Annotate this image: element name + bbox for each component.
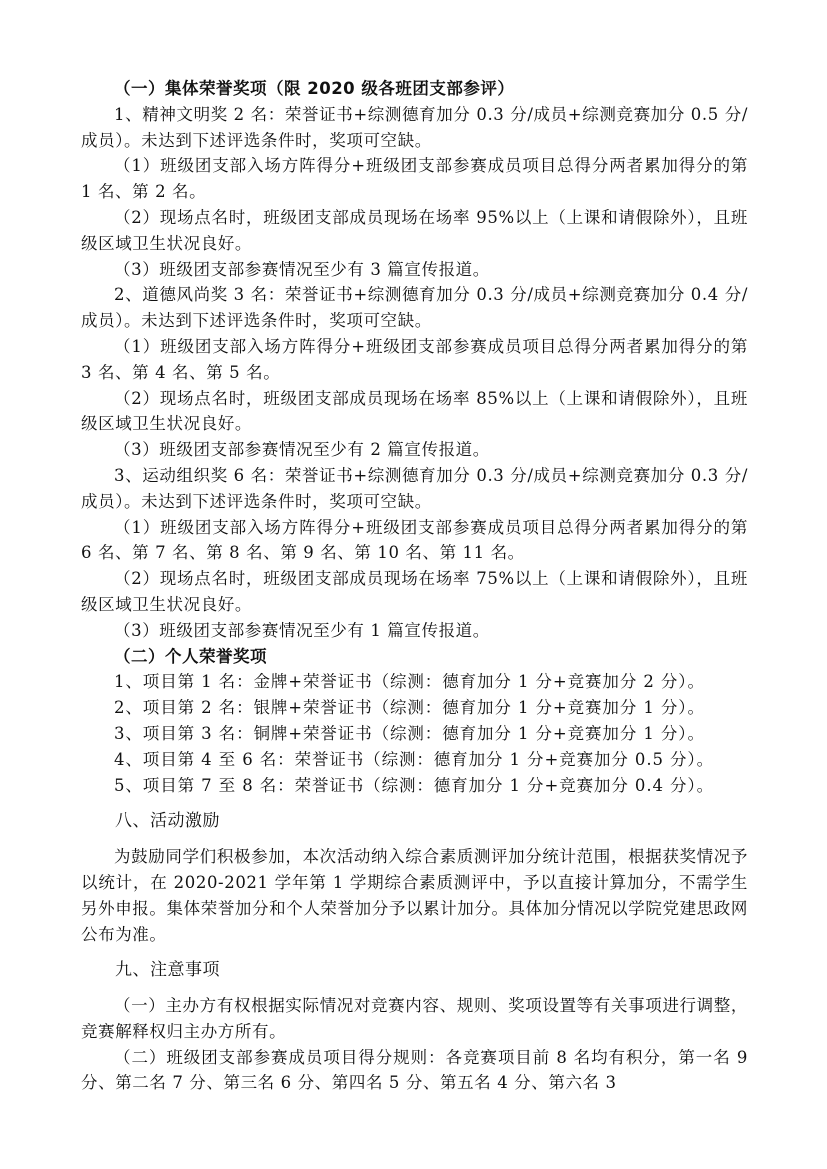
award-3-condition-2: （2）现场点名时，班级团支部成员现场在场率 75%以上（上课和请假除外），且班级… — [81, 566, 748, 618]
individual-award-7th-8th: 5、项目第 7 至 8 名：荣誉证书（综测：德育加分 1 分+竞赛加分 0.4 … — [81, 773, 748, 799]
document-page: （一）集体荣誉奖项（限 2020 级各班团支部参评） 1、精神文明奖 2 名：荣… — [81, 76, 748, 1096]
collective-awards-heading: （一）集体荣誉奖项（限 2020 级各班团支部参评） — [81, 76, 748, 102]
notes-heading: 九、注意事项 — [81, 958, 748, 984]
individual-award-1st: 1、项目第 1 名：金牌+荣誉证书（综测：德育加分 1 分+竞赛加分 2 分）。 — [81, 669, 748, 695]
award-1-condition-3: （3）班级团支部参赛情况至少有 3 篇宣传报道。 — [81, 257, 748, 283]
spacer — [81, 835, 748, 844]
individual-award-3rd: 3、项目第 3 名：铜牌+荣誉证书（综测：德育加分 1 分+竞赛加分 1 分）。 — [81, 721, 748, 747]
award-moral-style: 2、道德风尚奖 3 名：荣誉证书+综测德育加分 0.3 分/成员+综测竞赛加分 … — [81, 282, 748, 334]
spacer — [81, 984, 748, 993]
award-2-condition-2: （2）现场点名时，班级团支部成员现场在场率 85%以上（上课和请假除外），且班级… — [81, 386, 748, 438]
activity-incentive-heading: 八、活动激励 — [81, 809, 748, 835]
award-1-condition-1: （1）班级团支部入场方阵得分+班级团支部参赛成员项目总得分两者累加得分的第 1 … — [81, 153, 748, 205]
individual-awards-heading: （二）个人荣誉奖项 — [81, 644, 748, 670]
note-1: （一）主办方有权根据实际情况对竞赛内容、规则、奖项设置等有关事项进行调整，竞赛解… — [81, 993, 748, 1045]
note-2: （二）班级团支部参赛成员项目得分规则：各竞赛项目前 8 名均有积分，第一名 9 … — [81, 1045, 748, 1097]
award-2-condition-3: （3）班级团支部参赛情况至少有 2 篇宣传报道。 — [81, 437, 748, 463]
individual-award-2nd: 2、项目第 2 名：银牌+荣誉证书（综测：德育加分 1 分+竞赛加分 1 分）。 — [81, 695, 748, 721]
activity-incentive-body: 为鼓励同学们积极参加，本次活动纳入综合素质测评加分统计范围，根据获奖情况予以统计… — [81, 844, 748, 947]
award-sports-organization: 3、运动组织奖 6 名：荣誉证书+综测德育加分 0.3 分/成员+综测竞赛加分 … — [81, 463, 748, 515]
award-spiritual-civilization: 1、精神文明奖 2 名：荣誉证书+综测德育加分 0.3 分/成员+综测竞赛加分 … — [81, 102, 748, 154]
spacer — [81, 947, 748, 958]
award-3-condition-3: （3）班级团支部参赛情况至少有 1 篇宣传报道。 — [81, 618, 748, 644]
individual-award-4th-6th: 4、项目第 4 至 6 名：荣誉证书（综测：德育加分 1 分+竞赛加分 0.5 … — [81, 747, 748, 773]
award-3-condition-1: （1）班级团支部入场方阵得分+班级团支部参赛成员项目总得分两者累加得分的第 6 … — [81, 515, 748, 567]
spacer — [81, 798, 748, 809]
award-2-condition-1: （1）班级团支部入场方阵得分+班级团支部参赛成员项目总得分两者累加得分的第 3 … — [81, 334, 748, 386]
award-1-condition-2: （2）现场点名时，班级团支部成员现场在场率 95%以上（上课和请假除外），且班级… — [81, 205, 748, 257]
